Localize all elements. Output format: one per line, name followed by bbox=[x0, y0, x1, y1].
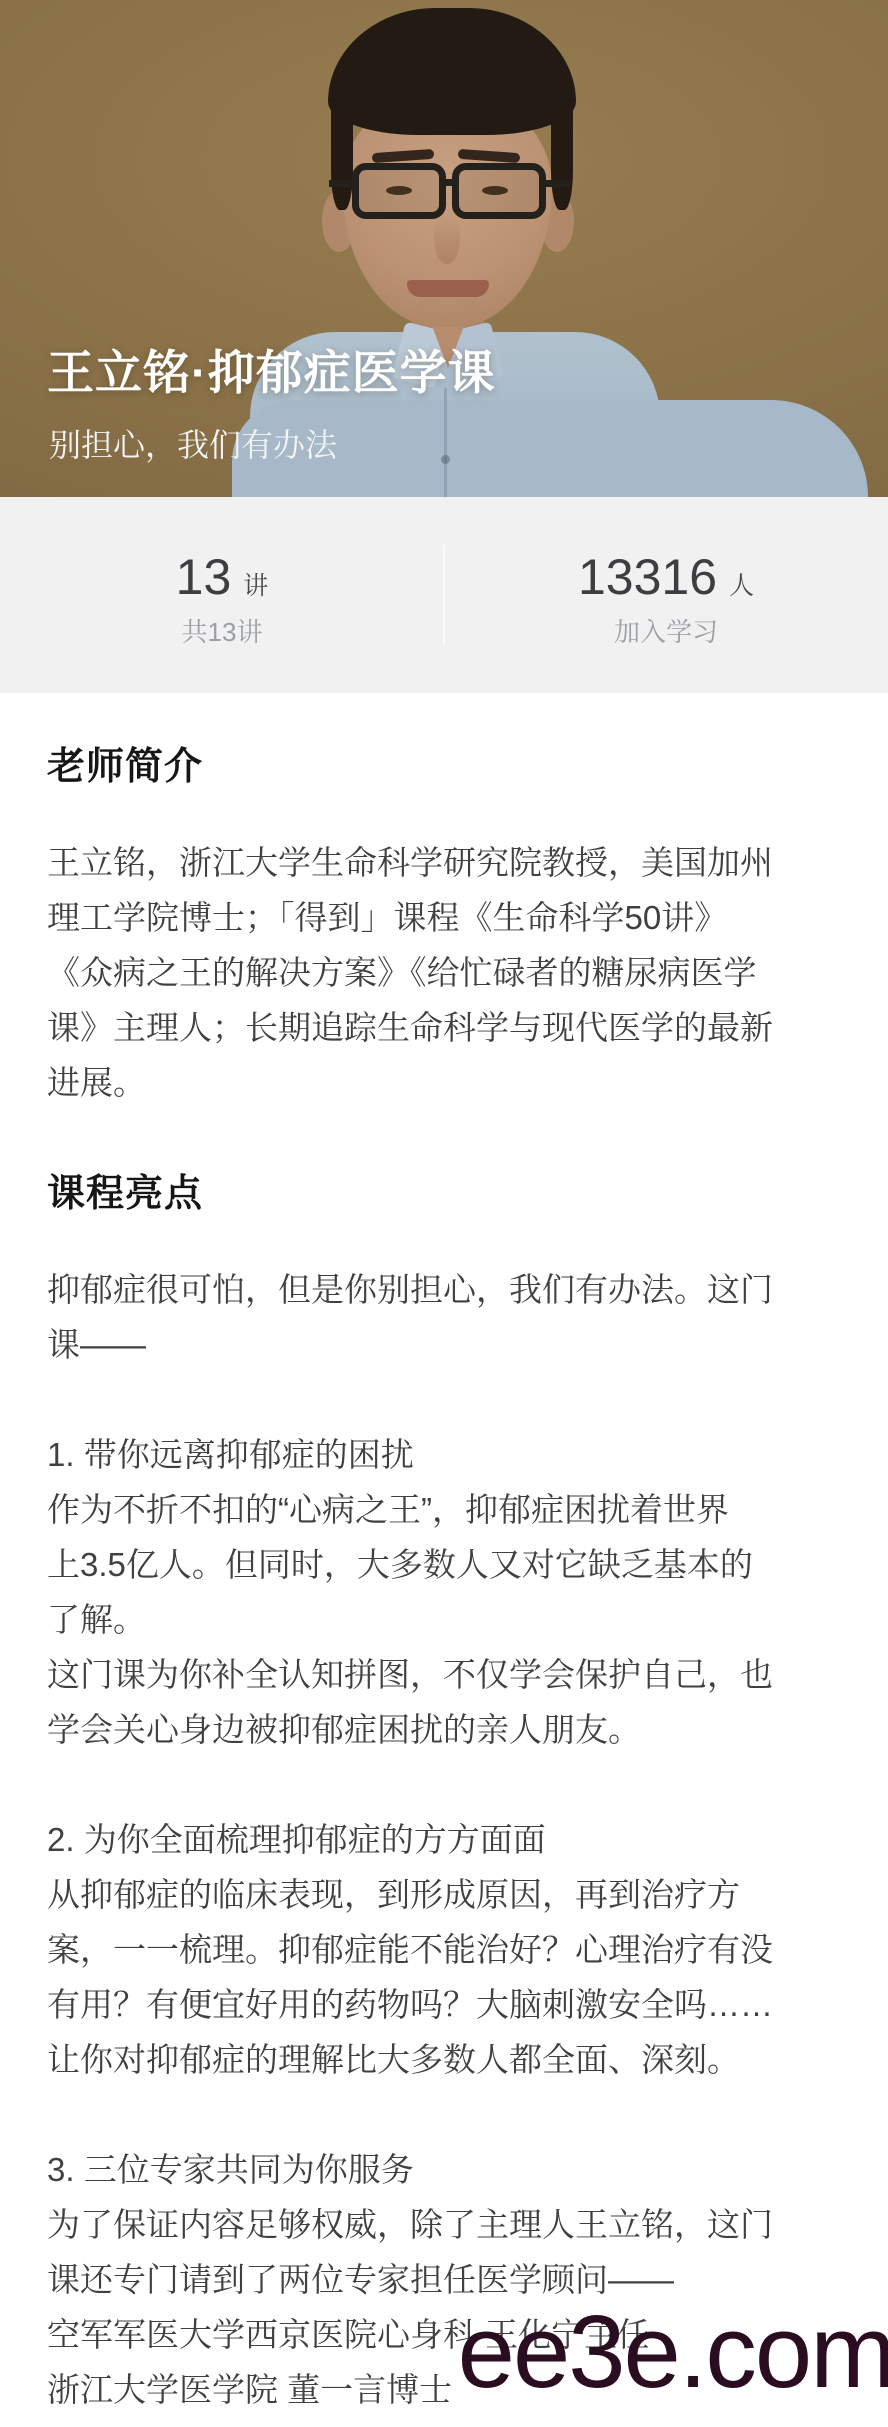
course-highlights-heading: 课程亮点 bbox=[47, 1172, 841, 1216]
lecture-count-caption: 共13讲 bbox=[182, 615, 263, 649]
highlight-point-1-title: 1. 带你远离抑郁症的困扰 bbox=[47, 1427, 841, 1482]
highlight-point-1: 1. 带你远离抑郁症的困扰 作为不折不扣的“心病之王”，抑郁症困扰着世界 上3.… bbox=[47, 1427, 841, 1757]
portrait-sideburn-right bbox=[551, 110, 573, 210]
stat-learner-count: 13316 人 加入学习 bbox=[444, 497, 888, 693]
course-detail-page: 王立铭·抑郁症医学课 别担心，我们有办法 13 讲 共13讲 13316 人 加… bbox=[0, 0, 888, 2427]
highlights-intro: 抑郁症很可怕，但是你别担心，我们有办法。这门 课—— bbox=[47, 1262, 841, 1372]
glasses-lens-right bbox=[452, 163, 546, 219]
highlight-point-2-title: 2. 为你全面梳理抑郁症的方方面面 bbox=[47, 1812, 841, 1867]
highlight-point-1-body: 作为不折不扣的“心病之王”，抑郁症困扰着世界 上3.5亿人。但同时，大多数人又对… bbox=[47, 1482, 841, 1757]
course-subtitle: 别担心，我们有办法 bbox=[49, 425, 337, 465]
site-watermark: ee3e.com bbox=[458, 2300, 888, 2403]
portrait-sideburn-left bbox=[331, 110, 353, 210]
glasses-bridge bbox=[441, 179, 457, 186]
learner-count-unit: 人 bbox=[729, 566, 754, 602]
learner-count-row: 13316 人 bbox=[578, 547, 754, 607]
teacher-intro-heading: 老师简介 bbox=[47, 745, 841, 789]
portrait-hair bbox=[328, 8, 576, 135]
teacher-intro-body: 王立铭，浙江大学生命科学研究院教授，美国加州 理工学院博士；「得到」课程《生命科… bbox=[47, 835, 841, 1110]
glasses-temple-left bbox=[329, 180, 354, 187]
learner-count-caption: 加入学习 bbox=[614, 615, 718, 649]
portrait-shirt-placket bbox=[444, 388, 447, 497]
course-stats-bar: 13 讲 共13讲 13316 人 加入学习 bbox=[0, 497, 888, 693]
glasses-lens-left bbox=[352, 163, 446, 219]
lecture-count-unit: 讲 bbox=[243, 566, 268, 602]
stat-lecture-count: 13 讲 共13讲 bbox=[0, 497, 444, 693]
lecture-count-value: 13 bbox=[176, 547, 232, 607]
portrait-nose bbox=[434, 214, 460, 264]
highlight-point-2-body: 从抑郁症的临床表现，到形成原因，再到治疗方 案，一一梳理。抑郁症能不能治好？心理… bbox=[47, 1867, 841, 2087]
highlight-point-2: 2. 为你全面梳理抑郁症的方方面面 从抑郁症的临床表现，到形成原因，再到治疗方 … bbox=[47, 1812, 841, 2087]
course-description-content: 老师简介 王立铭，浙江大学生命科学研究院教授，美国加州 理工学院博士；「得到」课… bbox=[0, 745, 888, 2417]
portrait-shirt-button bbox=[441, 455, 450, 464]
portrait-mouth bbox=[407, 280, 489, 297]
glasses-temple-right bbox=[544, 180, 571, 187]
stats-divider bbox=[443, 545, 445, 645]
course-title: 王立铭·抑郁症医学课 bbox=[47, 345, 496, 401]
course-hero-banner: 王立铭·抑郁症医学课 别担心，我们有办法 bbox=[0, 0, 888, 497]
lecture-count-row: 13 讲 bbox=[176, 547, 269, 607]
highlight-point-3-title: 3. 三位专家共同为你服务 bbox=[47, 2142, 841, 2197]
learner-count-value: 13316 bbox=[578, 547, 717, 607]
